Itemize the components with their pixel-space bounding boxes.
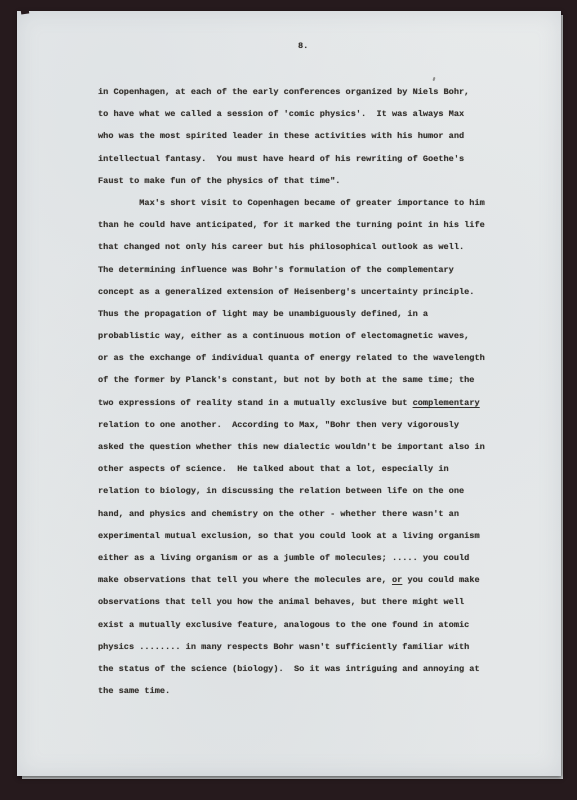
text-line: Faust to make fun of the physics of that… [98, 170, 508, 192]
text-segment: two expressions of reality stand in a mu… [98, 398, 413, 408]
text-line: who was the most spirited leader in thes… [98, 125, 508, 147]
text-segment: experimental mutual exclusion, so that y… [98, 531, 480, 541]
text-line: relation to one another. According to Ma… [98, 414, 508, 436]
text-segment: observations that tell you how the anima… [98, 597, 464, 607]
text-line: to have what we called a session of 'com… [98, 103, 508, 125]
document-page: 8. in Copenhagen, at each of the early c… [17, 11, 561, 776]
text-line: make observations that tell you where th… [98, 569, 508, 591]
text-line: either as a living organism or as a jumb… [98, 547, 508, 569]
text-line: physics ........ in many respects Bohr w… [98, 636, 508, 658]
text-segment: The determining influence was Bohr's for… [98, 265, 454, 275]
text-line: exist a mutually exclusive feature, anal… [98, 614, 508, 636]
text-line: concept as a generalized extension of He… [98, 281, 508, 303]
text-segment: intellectual fantasy. You must have hear… [98, 154, 464, 164]
text-line: asked the question whether this new dial… [98, 436, 508, 458]
text-segment: make observations that tell you where th… [98, 575, 392, 585]
text-line: or as the exchange of individual quanta … [98, 347, 508, 369]
underlined-word: complementary [413, 398, 480, 408]
text-line: Max's short visit to Copenhagen became o… [98, 192, 508, 214]
text-segment: or as the exchange of individual quanta … [98, 353, 485, 363]
text-segment: you could make [402, 575, 479, 585]
text-segment: exist a mutually exclusive feature, anal… [98, 620, 469, 630]
text-segment: the same time. [98, 686, 170, 696]
text-segment: Thus the propagation of light may be una… [98, 309, 428, 319]
text-line: in Copenhagen, at each of the early conf… [98, 81, 508, 103]
text-line: the status of the science (biology). So … [98, 658, 508, 680]
text-line: the same time. [98, 680, 508, 702]
photo-mat-background: { "page": { "number": "8.", "lines": [ {… [0, 0, 577, 800]
text-segment: in Copenhagen, at each of the early conf… [98, 87, 469, 97]
text-line: intellectual fantasy. You must have hear… [98, 148, 508, 170]
text-line: other aspects of science. He talked abou… [98, 458, 508, 480]
page-number: 8. [298, 35, 308, 57]
text-line: probablistic way, either as a continuous… [98, 325, 508, 347]
text-segment: concept as a generalized extension of He… [98, 287, 474, 297]
text-segment: probablistic way, either as a continuous… [98, 331, 469, 341]
text-segment: the status of the science (biology). So … [98, 664, 480, 674]
text-line: hand, and physics and chemistry on the o… [98, 503, 508, 525]
text-line: The determining influence was Bohr's for… [98, 259, 508, 281]
text-segment: hand, and physics and chemistry on the o… [98, 509, 459, 519]
text-line: Thus the propagation of light may be una… [98, 303, 508, 325]
text-segment: who was the most spirited leader in thes… [98, 131, 464, 141]
text-segment: either as a living organism or as a jumb… [98, 553, 469, 563]
text-segment: physics ........ in many respects Bohr w… [98, 642, 469, 652]
text-line: that changed not only his career but his… [98, 236, 508, 258]
text-line: relation to biology, in discussing the r… [98, 480, 508, 502]
text-segment: other aspects of science. He talked abou… [98, 464, 449, 474]
text-line: of the former by Planck's constant, but … [98, 369, 508, 391]
text-segment: to have what we called a session of 'com… [98, 109, 464, 119]
text-segment: of the former by Planck's constant, but … [98, 375, 474, 385]
text-segment: Max's short visit to Copenhagen became o… [98, 198, 485, 208]
text-segment: than he could have anticipated, for it m… [98, 220, 485, 230]
document-text: in Copenhagen, at each of the early conf… [98, 81, 508, 702]
text-line: two expressions of reality stand in a mu… [98, 392, 508, 414]
text-line: than he could have anticipated, for it m… [98, 214, 508, 236]
text-line: experimental mutual exclusion, so that y… [98, 525, 508, 547]
text-segment: relation to one another. According to Ma… [98, 420, 459, 430]
text-segment: relation to biology, in discussing the r… [98, 486, 464, 496]
text-line: observations that tell you how the anima… [98, 591, 508, 613]
text-segment: asked the question whether this new dial… [98, 442, 485, 452]
text-segment: that changed not only his career but his… [98, 242, 464, 252]
underlined-word: or [392, 575, 402, 585]
text-segment: Faust to make fun of the physics of that… [98, 176, 340, 186]
